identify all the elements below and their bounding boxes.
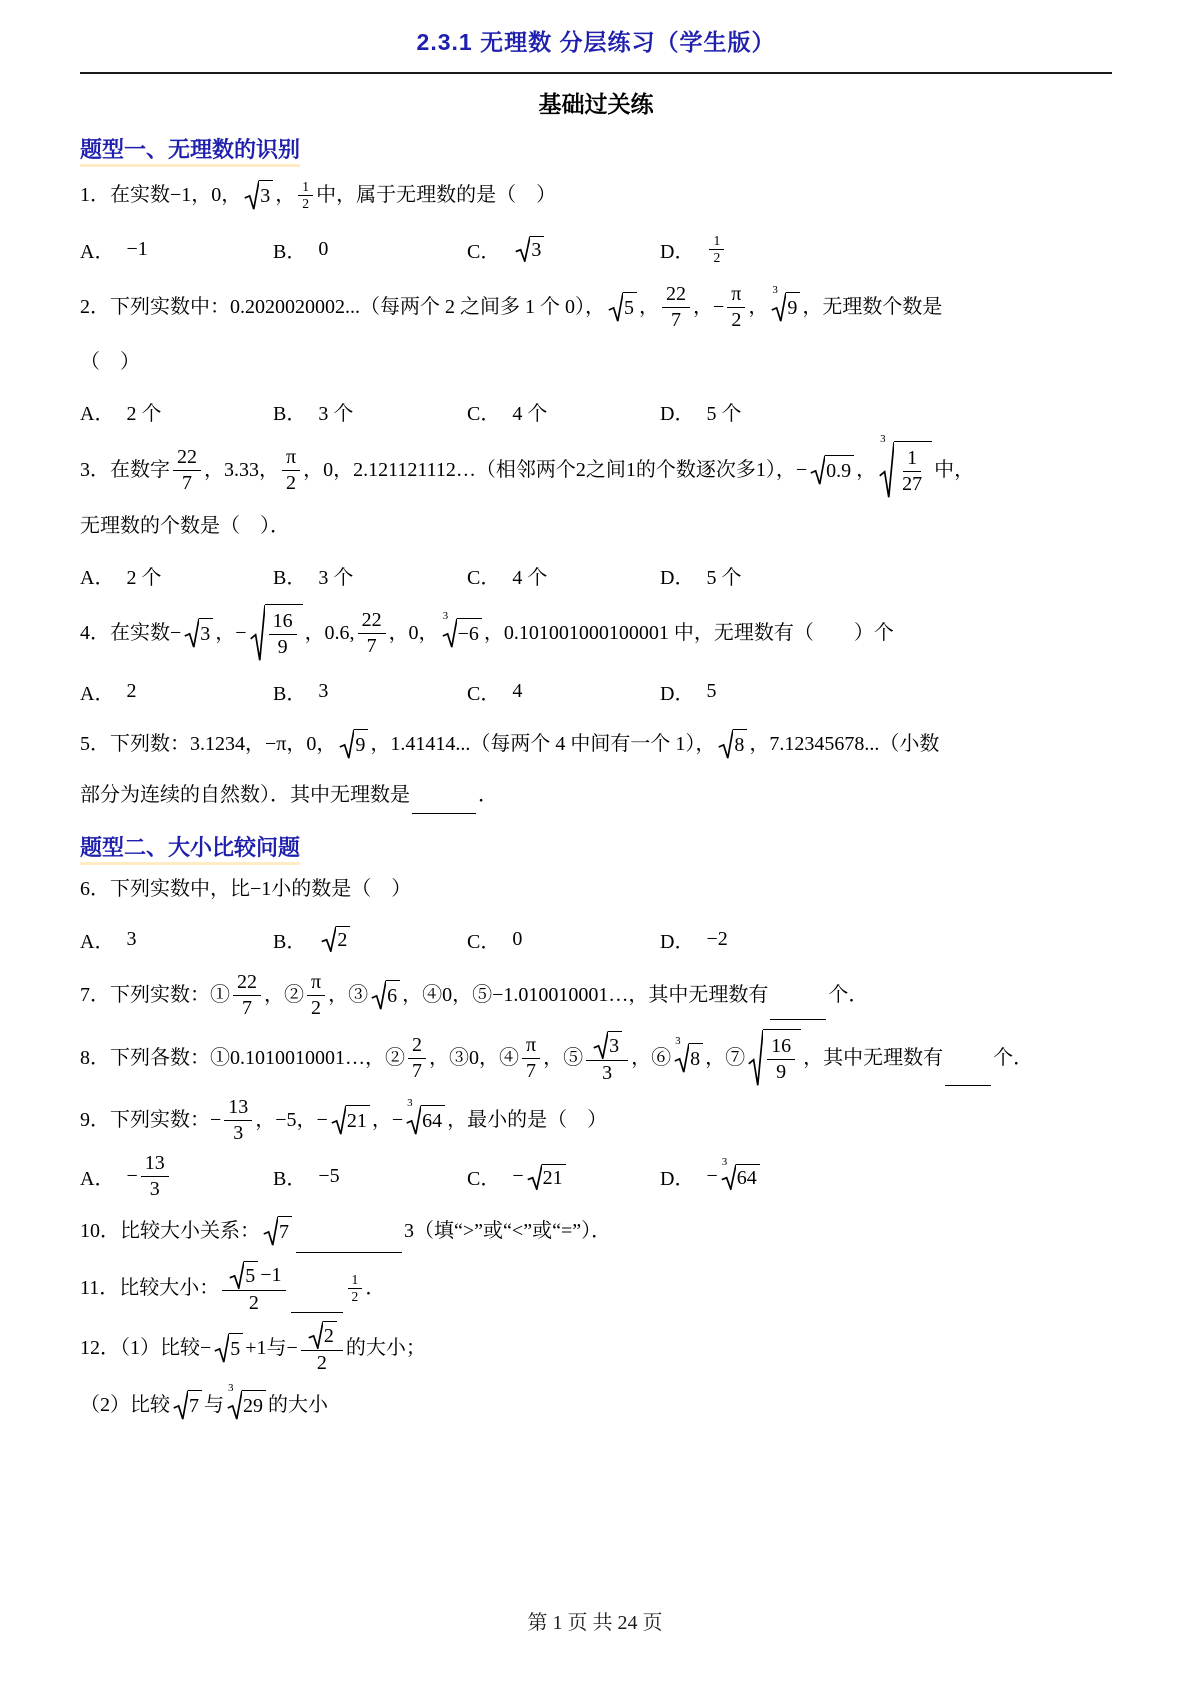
option-label: C． <box>467 1162 500 1191</box>
math-cube-root: 364 <box>721 1164 760 1190</box>
text-run: 3 <box>318 680 328 703</box>
fraction-numerator: 22 <box>662 282 690 308</box>
question-12-part-2: （2）比较7与329的大小 <box>80 1378 1112 1432</box>
math-sqrt: 2 <box>308 1321 337 1349</box>
text-run: − <box>210 1107 221 1134</box>
option-item: A．3 <box>80 925 273 954</box>
text-run: 3 <box>260 183 270 210</box>
option-value: 5 个 <box>706 397 741 426</box>
radical-content: 3 <box>530 236 544 262</box>
text-run: π <box>286 445 296 470</box>
radical-glyph <box>184 618 199 648</box>
text-run: ，1.41414...（每两个 4 中间有一个 1）， <box>370 731 715 758</box>
text-run: 27 <box>902 472 922 497</box>
text-run: 5 <box>624 295 634 322</box>
root-index: 3 <box>772 285 778 296</box>
text-run: 个． <box>828 982 868 1009</box>
text-run: 10．比较大小关系： <box>80 1218 260 1245</box>
math-fraction: 227 <box>358 608 386 659</box>
text-run: 9 <box>278 635 288 660</box>
text-run: 部分为连续的自然数）．其中无理数是 <box>80 782 410 809</box>
text-run: ，⑤ <box>543 1045 583 1072</box>
option-label: B． <box>273 235 306 264</box>
text-run: ，⑦ <box>705 1045 745 1072</box>
option-value: 3 个 <box>318 561 353 590</box>
question-4-options: A．2B．3C．4D．5 <box>80 665 1112 717</box>
text-run: 1 <box>907 446 917 471</box>
radical-glyph <box>339 729 354 759</box>
option-item: C．−21 <box>467 1162 660 1191</box>
section-title: 基础过关练 <box>80 86 1112 119</box>
math-fraction: π2 <box>307 970 325 1021</box>
fraction-numerator: π <box>307 970 325 996</box>
option-item: D．−364 <box>660 1162 1112 1191</box>
blank-underline <box>296 1231 402 1253</box>
fraction-denominator: 3 <box>229 1121 247 1146</box>
radical-glyph <box>810 455 825 485</box>
text-run: 3 个 <box>318 561 353 590</box>
math-fraction: 22 <box>301 1320 343 1376</box>
question-7: 7．下列实数：①227，②π2，③6，④0，⑤−1.010010001…，其中无… <box>80 965 1112 1025</box>
radical-content: 21 <box>542 1164 566 1190</box>
option-item: B．2 <box>273 925 467 954</box>
radical-content: 2 <box>336 926 350 952</box>
radical-glyph <box>748 1029 763 1087</box>
option-label: B． <box>273 1162 306 1191</box>
text-run: 5 <box>230 1336 240 1363</box>
option-value: −2 <box>706 928 727 951</box>
radical-content: −6 <box>457 618 482 648</box>
fraction-denominator: 2 <box>298 196 313 212</box>
option-label: B． <box>273 561 306 590</box>
option-label: C． <box>467 397 500 426</box>
text-run: ， <box>275 182 295 209</box>
option-label: B． <box>273 925 306 954</box>
text-run: ，0.6, <box>305 620 355 647</box>
text-run: −1 <box>260 1263 281 1288</box>
text-run: 9．下列实数： <box>80 1107 210 1134</box>
text-run: 7 <box>526 1059 536 1084</box>
math-cube-root: 329 <box>227 1390 266 1420</box>
option-value: 12 <box>706 231 727 267</box>
text-run: 2 <box>713 250 720 266</box>
text-run: 3 个 <box>318 397 353 426</box>
text-run: 中， <box>934 457 974 484</box>
text-run: 2 <box>731 308 741 333</box>
option-value: −364 <box>706 1163 761 1191</box>
text-run: 3 <box>150 1177 160 1202</box>
math-cube-root: 38 <box>674 1043 703 1073</box>
text-run: 2 <box>324 1324 334 1349</box>
text-run: 7 <box>671 308 681 333</box>
text-run: 2 <box>311 996 321 1021</box>
radical-content: 0.9 <box>825 455 854 485</box>
blank-underline <box>945 1064 991 1086</box>
math-sqrt: 5 <box>214 1333 243 1363</box>
question-5-line-2: 部分为连续的自然数）．其中无理数是． <box>80 771 1112 819</box>
text-run: 0.9 <box>826 458 851 485</box>
math-fraction: 12 <box>348 1272 363 1304</box>
text-run: 1 <box>352 1272 359 1288</box>
text-run: − <box>512 1165 523 1188</box>
text-run: ． <box>365 1275 385 1302</box>
text-run: 21 <box>543 1167 563 1190</box>
text-run: 0 <box>512 928 522 951</box>
math-fraction: π2 <box>727 282 745 333</box>
fraction-numerator: π <box>727 282 745 308</box>
radical-content: 9 <box>354 729 368 759</box>
radical-glyph <box>227 1390 242 1420</box>
text-run: （2）比较 <box>80 1392 170 1419</box>
option-item: D．−2 <box>660 925 1112 954</box>
option-item: D．5 个 <box>660 397 1112 426</box>
text-run: ，0.101001000100001 中，无理数有（ ）个 <box>484 620 894 647</box>
text-run: 7 <box>279 1219 289 1246</box>
math-sqrt: 8 <box>718 729 747 759</box>
text-run: 3 <box>531 239 541 262</box>
radical-glyph <box>244 180 259 210</box>
question-9-options: A．−133B．−5C．−21D．−364 <box>80 1149 1112 1204</box>
question-8: 8．下列各数：①0.1010010001…，②27，③0，④π7，⑤33，⑥38… <box>80 1025 1112 1091</box>
math-fraction: 133 <box>224 1095 252 1146</box>
text-run: 3 <box>602 1061 612 1086</box>
text-run: 22 <box>237 970 257 995</box>
option-value: 3 个 <box>318 397 353 426</box>
math-sqrt: 7 <box>263 1216 292 1246</box>
math-sqrt: 7 <box>173 1390 202 1420</box>
question-9: 9．下列实数：−133，−5，−21，−364，最小的是（ ） <box>80 1091 1112 1149</box>
text-run: +1与− <box>245 1335 298 1362</box>
text-run: 12．（1）比较− <box>80 1335 211 1362</box>
option-value: 0 <box>512 928 522 951</box>
text-run: ，③0，④ <box>429 1045 519 1072</box>
text-run: 4 个 <box>512 397 547 426</box>
fraction-denominator: 2 <box>727 308 745 333</box>
option-item: C．4 个 <box>467 397 660 426</box>
text-run: （ ） <box>80 349 140 376</box>
option-label: D． <box>660 677 694 706</box>
math-sqrt: 9 <box>339 729 368 759</box>
text-run: 7 <box>367 634 377 659</box>
math-sqrt: 169 <box>250 604 303 662</box>
text-run: 8 <box>734 732 744 759</box>
text-run: 9 <box>776 1060 786 1085</box>
radical-glyph <box>674 1043 689 1073</box>
fraction-denominator: 9 <box>274 635 292 660</box>
math-sqrt: 169 <box>748 1029 801 1087</box>
text-run: 3（填“>”或“<”或“=”）． <box>404 1218 611 1245</box>
fraction-numerator: 22 <box>358 608 386 634</box>
math-fraction: 133 <box>141 1151 169 1202</box>
fraction-numerator: 1 <box>348 1272 363 1289</box>
fraction-denominator: 7 <box>363 634 381 659</box>
text-run: ，− <box>693 294 724 321</box>
fraction-denominator: 27 <box>898 472 926 497</box>
option-item: C．0 <box>467 925 660 954</box>
option-label: A． <box>80 397 114 426</box>
math-sqrt: 21 <box>331 1105 370 1135</box>
math-sqrt: 0.9 <box>810 455 854 485</box>
question-3-line-1: 3．在数字227，3.33，π2，0，2.121121112…（相邻两个2之间1… <box>80 437 1112 503</box>
text-run: 的大小； <box>346 1335 426 1362</box>
text-run: 2 <box>337 929 347 952</box>
math-fraction: 169 <box>767 1034 795 1085</box>
radical-content: 169 <box>265 604 303 662</box>
math-fraction: 227 <box>233 970 261 1021</box>
text-run: 2．下列实数中：0.2020020002...（每两个 2 之间多 1 个 0）… <box>80 294 605 321</box>
text-run: ，其中无理数有 <box>803 1045 943 1072</box>
radical-content: 7 <box>278 1216 292 1246</box>
fraction-denominator: 7 <box>522 1059 540 1084</box>
math-fraction: π2 <box>282 445 300 496</box>
text-run: 3 <box>200 621 210 648</box>
text-run: 3 <box>609 1034 619 1059</box>
radical-glyph <box>308 1321 323 1349</box>
option-value: 0 <box>318 238 328 261</box>
text-run: −5 <box>318 1165 339 1188</box>
math-sqrt: 3 <box>184 618 213 648</box>
radical-glyph <box>771 292 786 322</box>
text-run: 6．下列实数中，比−1小的数是（ ） <box>80 876 411 903</box>
text-run: ，④0，⑤−1.010010001…，其中无理数有 <box>402 982 768 1009</box>
option-value: 2 <box>126 680 136 703</box>
text-run: 中，属于无理数的是（ ） <box>316 182 556 209</box>
option-value: 5 <box>706 680 716 703</box>
root-index: 3 <box>722 1157 728 1168</box>
title-divider <box>80 72 1112 74</box>
topic-one-heading: 题型一、无理数的识别 <box>80 133 300 164</box>
text-run: 2 <box>302 196 309 212</box>
blank-underline <box>770 998 826 1020</box>
radical-content: 64 <box>421 1105 445 1135</box>
text-run: ． <box>478 782 498 809</box>
text-run: ，无理数个数是 <box>802 294 942 321</box>
option-value: −1 <box>126 238 147 261</box>
option-value: 3 <box>318 680 328 703</box>
radical-glyph <box>718 729 733 759</box>
option-item: B．3 <box>273 677 467 706</box>
option-value: 4 个 <box>512 397 547 426</box>
math-sqrt: 2 <box>321 926 350 952</box>
option-item: A．2 <box>80 677 273 706</box>
fraction-denominator: 2 <box>282 471 300 496</box>
text-run: 11．比较大小： <box>80 1275 219 1302</box>
option-item: B．3 个 <box>273 561 467 590</box>
fraction-numerator: 13 <box>224 1095 252 1121</box>
radical-glyph <box>214 1333 229 1363</box>
math-cube-root: 3127 <box>879 441 932 499</box>
option-item: B．−5 <box>273 1162 467 1191</box>
worksheet-page: 2.3.1 无理数 分层练习（学生版） 基础过关练 题型一、无理数的识别 1．在… <box>0 0 1190 1432</box>
text-run: π <box>311 970 321 995</box>
text-run: 1．在实数−1，0， <box>80 182 241 209</box>
fraction-denominator: 2 <box>245 1291 263 1316</box>
text-run: ， <box>748 294 768 321</box>
option-value: −5 <box>318 1165 339 1188</box>
text-run: −2 <box>706 928 727 951</box>
option-value: −133 <box>126 1149 171 1204</box>
root-index: 3 <box>443 611 449 622</box>
radical-glyph <box>515 236 530 262</box>
fraction-denominator: 7 <box>408 1059 426 1084</box>
math-fraction: 227 <box>662 282 690 333</box>
option-label: C． <box>467 925 500 954</box>
question-1-options: A．−1B．0C．3D．12 <box>80 223 1112 275</box>
text-run: ， <box>856 457 876 484</box>
math-sqrt: 3 <box>515 236 544 262</box>
radical-glyph <box>229 1261 244 1289</box>
radical-glyph <box>442 618 457 648</box>
fraction-numerator: 22 <box>233 970 261 996</box>
option-label: A． <box>80 925 114 954</box>
fraction-denominator: 3 <box>146 1177 164 1202</box>
fraction-numerator: 1 <box>298 179 313 196</box>
text-run: 5 <box>706 680 716 703</box>
option-value: 2 个 <box>126 561 161 590</box>
radical-glyph <box>173 1390 188 1420</box>
text-run: 29 <box>243 1393 263 1420</box>
text-run: 3 <box>233 1121 243 1146</box>
text-run: 2 <box>286 471 296 496</box>
option-value: 3 <box>512 235 546 263</box>
option-value: −21 <box>512 1163 567 1191</box>
radical-content: 64 <box>736 1164 760 1190</box>
option-item: A．−133 <box>80 1149 273 1204</box>
option-value: 4 <box>512 680 522 703</box>
fraction-numerator: 5−1 <box>222 1260 285 1291</box>
text-run: 7 <box>412 1059 422 1084</box>
radical-content: 5 <box>229 1333 243 1363</box>
option-item: A．2 个 <box>80 397 273 426</box>
fraction-numerator: π <box>282 445 300 471</box>
topic-two-row: 题型二、大小比较问题 <box>80 819 1112 865</box>
fraction-denominator: 7 <box>667 308 685 333</box>
text-run: 5．下列数：3.1234，−π，0， <box>80 731 336 758</box>
radical-content: 8 <box>733 729 747 759</box>
math-fraction: 127 <box>898 446 926 497</box>
option-item: A．2 个 <box>80 561 273 590</box>
text-run: ，−5，− <box>255 1107 328 1134</box>
option-item: B．3 个 <box>273 397 467 426</box>
question-3-options: A．2 个B．3 个C．4 个D．5 个 <box>80 549 1112 601</box>
radical-content: 5 <box>244 1261 258 1289</box>
fraction-numerator: 2 <box>408 1033 426 1059</box>
text-run: 2 <box>126 680 136 703</box>
radical-glyph <box>321 926 336 952</box>
math-sqrt: 3 <box>593 1031 622 1059</box>
text-run: 2 <box>412 1033 422 1058</box>
fraction-numerator: 1 <box>709 233 724 250</box>
text-run: 22 <box>666 282 686 307</box>
topic-one-row: 题型一、无理数的识别 <box>80 121 1112 167</box>
text-run: ，最小的是（ ） <box>447 1107 607 1134</box>
question-10: 10．比较大小关系：73（填“>”或“<”或“=”）． <box>80 1204 1112 1258</box>
math-sqrt: 3 <box>244 180 273 210</box>
text-run: 个． <box>993 1045 1033 1072</box>
text-run: 0 <box>318 238 328 261</box>
text-run: 1 <box>713 233 720 249</box>
text-run: ，0，2.121121112…（相邻两个2之间1的个数逐次多1），− <box>303 457 807 484</box>
question-2-line-2: （ ） <box>80 339 1112 385</box>
fraction-denominator: 7 <box>238 996 256 1021</box>
option-label: A． <box>80 677 114 706</box>
question-11: 11．比较大小：5−1212． <box>80 1258 1112 1318</box>
option-item: D．5 <box>660 677 1112 706</box>
text-run: 22 <box>362 608 382 633</box>
radical-content: 29 <box>242 1390 266 1420</box>
text-run: 7 <box>189 1393 199 1420</box>
radical-glyph <box>263 1216 278 1246</box>
math-sqrt: 5 <box>229 1261 258 1289</box>
math-fraction: π7 <box>522 1033 540 1084</box>
text-run: ，− <box>372 1107 403 1134</box>
text-run: π <box>526 1033 536 1058</box>
text-run: 9 <box>787 295 797 322</box>
option-label: B． <box>273 677 306 706</box>
text-run: − <box>126 1165 137 1188</box>
option-label: A． <box>80 561 114 590</box>
option-item: D．5 个 <box>660 561 1112 590</box>
radical-content: 21 <box>346 1105 370 1135</box>
option-label: D． <box>660 561 694 590</box>
root-index: 3 <box>675 1036 681 1047</box>
option-label: C． <box>467 677 500 706</box>
radical-content: 9 <box>786 292 800 322</box>
text-run: 5 个 <box>706 397 741 426</box>
text-run: 5 个 <box>706 561 741 590</box>
blank-underline <box>412 792 476 814</box>
text-run: 与 <box>204 1392 224 1419</box>
option-label: D． <box>660 1162 694 1191</box>
math-cube-root: 364 <box>406 1105 445 1135</box>
radical-glyph <box>406 1105 421 1135</box>
text-run: ，0， <box>389 620 439 647</box>
radical-content: 3 <box>608 1031 622 1059</box>
root-index: 3 <box>407 1098 413 1109</box>
text-run: 无理数的个数是（ ）． <box>80 513 290 540</box>
text-run: 8．下列各数：①0.1010010001…，② <box>80 1045 405 1072</box>
option-label: D． <box>660 925 694 954</box>
root-index: 3 <box>880 434 886 445</box>
fraction-numerator: 13 <box>141 1151 169 1177</box>
text-run: 2 <box>352 1289 359 1305</box>
radical-glyph <box>527 1164 542 1190</box>
fraction-denominator: 2 <box>709 250 724 266</box>
text-run: 8 <box>690 1046 700 1073</box>
question-12-part-1: 12．（1）比较−5+1与−22的大小； <box>80 1318 1112 1378</box>
text-run: ， <box>639 294 659 321</box>
option-item: C．3 <box>467 235 660 264</box>
option-label: A． <box>80 1162 114 1191</box>
option-value: 5 个 <box>706 561 741 590</box>
fraction-denominator: 3 <box>598 1061 616 1086</box>
text-run: −1 <box>126 238 147 261</box>
text-run: 2 <box>249 1291 259 1316</box>
math-fraction: 27 <box>408 1033 426 1084</box>
option-value: 3 <box>126 928 136 951</box>
radical-glyph <box>608 292 623 322</box>
radical-content: 2 <box>323 1321 337 1349</box>
text-run: 7 <box>182 471 192 496</box>
question-3-line-2: 无理数的个数是（ ）． <box>80 503 1112 549</box>
text-run: 4 <box>512 680 522 703</box>
fraction-denominator: 2 <box>313 1351 331 1376</box>
topic-two-heading: 题型二、大小比较问题 <box>80 831 300 862</box>
math-sqrt: 6 <box>371 980 400 1010</box>
text-run: ，3.33， <box>204 457 279 484</box>
text-run: 64 <box>737 1167 757 1190</box>
math-cube-root: 39 <box>771 292 800 322</box>
